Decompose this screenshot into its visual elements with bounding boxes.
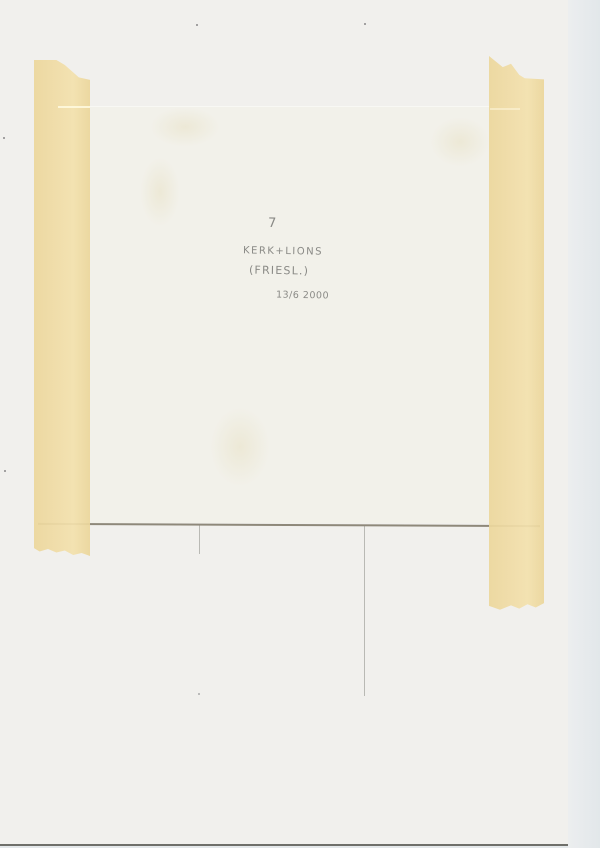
dust-speck [4, 470, 6, 472]
pencil-guide-line [199, 524, 200, 554]
inscription-subtitle: (FRIESL.) [249, 263, 309, 277]
paper-stain [140, 157, 180, 227]
dust-speck [196, 24, 198, 26]
paper-stain [150, 107, 220, 147]
scanner-background [568, 0, 600, 848]
paper-stain [430, 117, 490, 167]
pencil-guide-line [364, 526, 365, 696]
tape-crease [490, 108, 520, 110]
tape-crease [58, 106, 90, 108]
inscription-number: 7 [268, 216, 278, 231]
masking-tape-left [34, 60, 90, 556]
masking-tape-right [489, 56, 544, 612]
paper-stain [210, 407, 270, 487]
mounted-paper [60, 106, 510, 523]
dust-speck [3, 137, 5, 139]
pencil-mark [198, 693, 200, 695]
inscription-date: 13/6 2000 [276, 290, 329, 302]
inscription-title: KERK+LIONS [243, 245, 323, 257]
backing-sheet: 7 KERK+LIONS (FRIESL.) 13/6 2000 [0, 0, 568, 846]
dust-speck [364, 23, 366, 25]
